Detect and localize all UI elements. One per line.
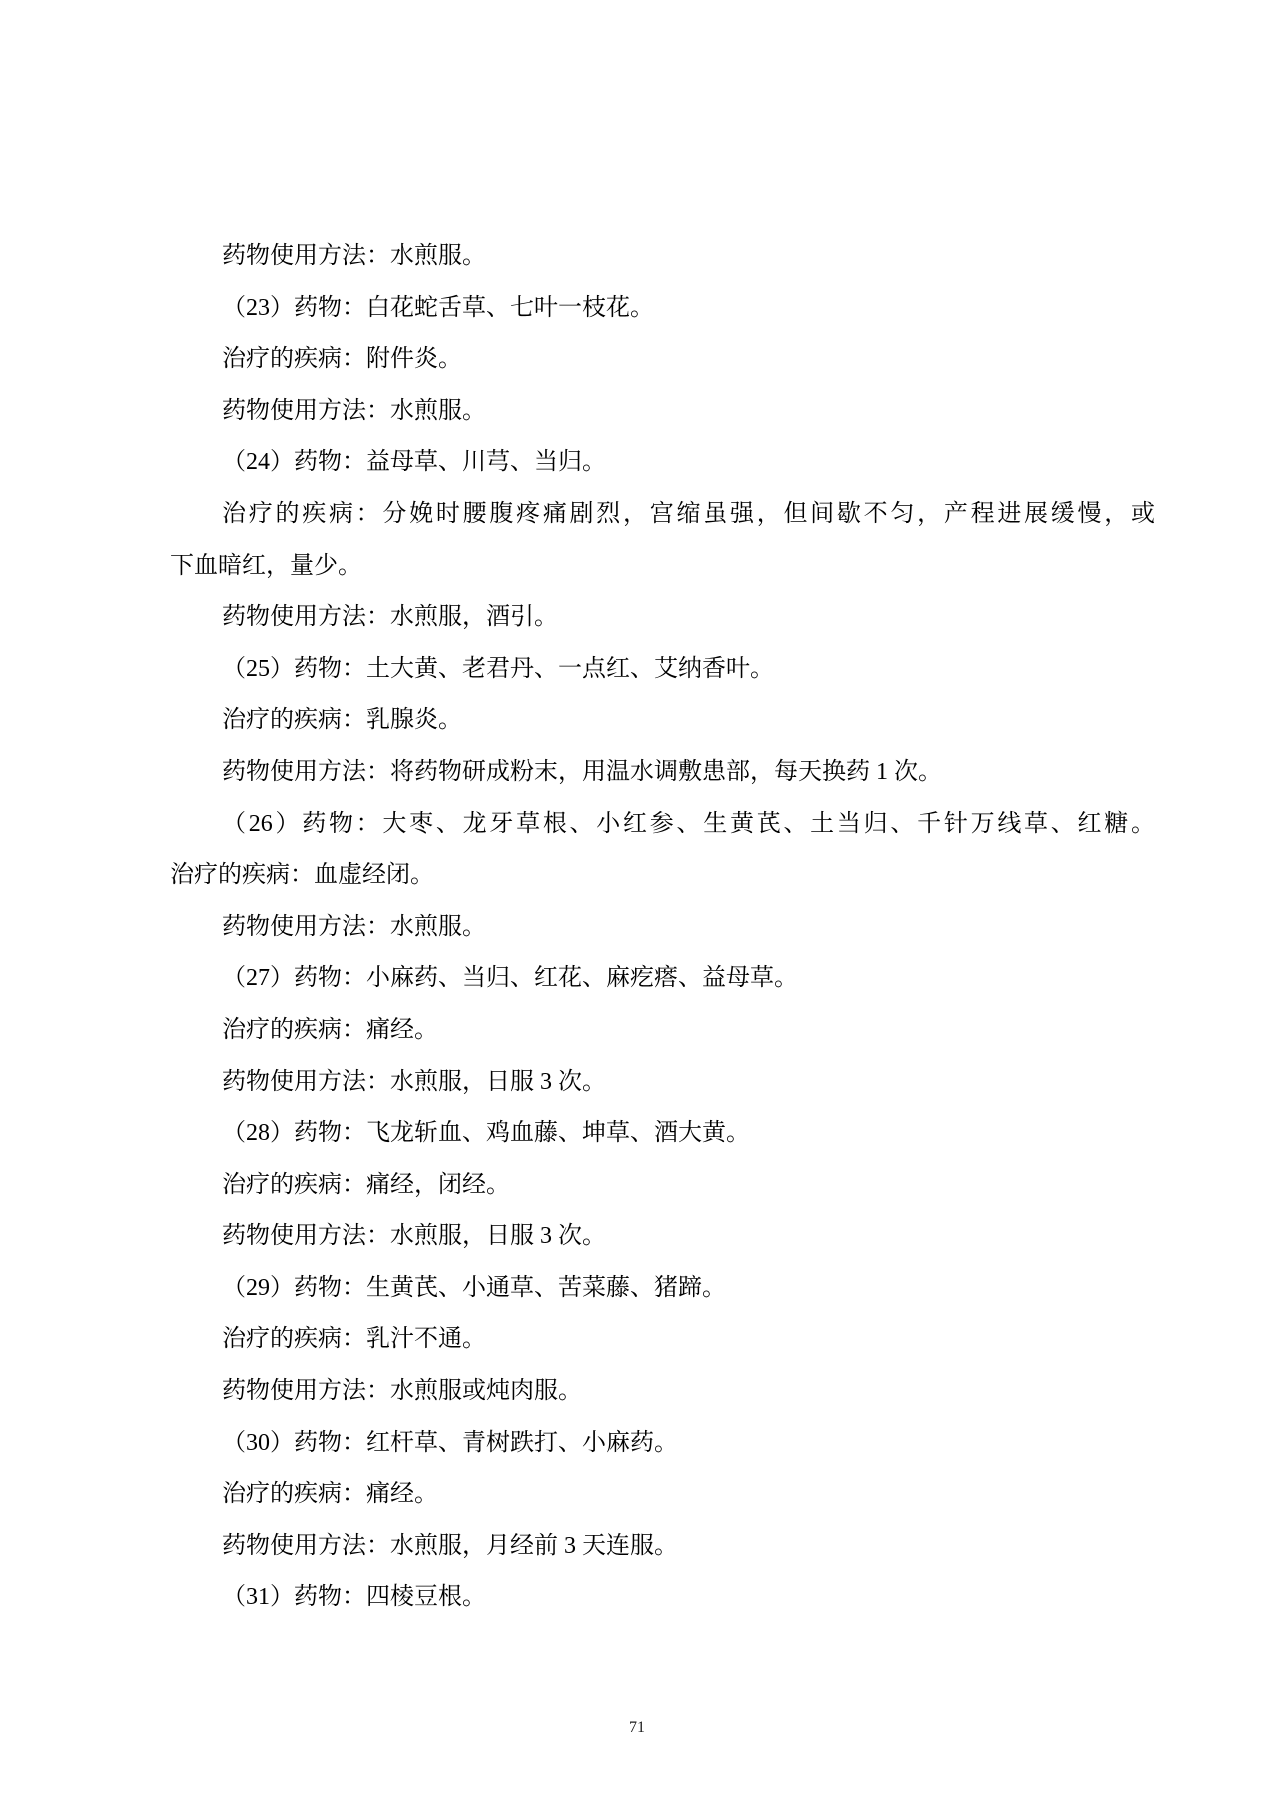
text-line: 药物使用方法：水煎服或炖肉服。 bbox=[170, 1366, 1155, 1418]
text-line: （28）药物：飞龙斩血、鸡血藤、坤草、酒大黄。 bbox=[170, 1108, 1155, 1160]
text-line: 治疗的疾病：血虚经闭。 bbox=[170, 850, 1155, 902]
text-line: （30）药物：红杆草、青树跌打、小麻药。 bbox=[170, 1418, 1155, 1470]
text-line: 治疗的疾病：分娩时腰腹疼痛剧烈，宫缩虽强，但间歇不匀，产程进展缓慢，或 bbox=[170, 489, 1155, 541]
text-line: 下血暗红，量少。 bbox=[170, 541, 1155, 593]
text-line: （29）药物：生黄芪、小通草、苦菜藤、猪蹄。 bbox=[170, 1263, 1155, 1315]
text-line: （25）药物：土大黄、老君丹、一点红、艾纳香叶。 bbox=[170, 644, 1155, 696]
text-line: 药物使用方法：将药物研成粉末，用温水调敷患部，每天换药 1 次。 bbox=[170, 747, 1155, 799]
text-line: （24）药物：益母草、川芎、当归。 bbox=[170, 437, 1155, 489]
text-line: 药物使用方法：水煎服。 bbox=[170, 902, 1155, 954]
text-line: 治疗的疾病：痛经。 bbox=[170, 1005, 1155, 1057]
text-line: （23）药物：白花蛇舌草、七叶一枝花。 bbox=[170, 283, 1155, 335]
text-line: 药物使用方法：水煎服。 bbox=[170, 386, 1155, 438]
page-number: 71 bbox=[0, 1716, 1274, 1740]
text-line: 药物使用方法：水煎服，日服 3 次。 bbox=[170, 1211, 1155, 1263]
text-line: 药物使用方法：水煎服，月经前 3 天连服。 bbox=[170, 1521, 1155, 1573]
text-line: 治疗的疾病：附件炎。 bbox=[170, 334, 1155, 386]
body-text: 药物使用方法：水煎服。（23）药物：白花蛇舌草、七叶一枝花。治疗的疾病：附件炎。… bbox=[170, 231, 1155, 1624]
text-line: 治疗的疾病：乳汁不通。 bbox=[170, 1314, 1155, 1366]
text-line: （31）药物：四棱豆根。 bbox=[170, 1572, 1155, 1624]
document-page: 药物使用方法：水煎服。（23）药物：白花蛇舌草、七叶一枝花。治疗的疾病：附件炎。… bbox=[0, 0, 1274, 1801]
text-line: （27）药物：小麻药、当归、红花、麻疙瘩、益母草。 bbox=[170, 953, 1155, 1005]
text-line: 治疗的疾病：乳腺炎。 bbox=[170, 695, 1155, 747]
text-line: 药物使用方法：水煎服。 bbox=[170, 231, 1155, 283]
text-line: 药物使用方法：水煎服，日服 3 次。 bbox=[170, 1057, 1155, 1109]
text-line: （26）药物：大枣、龙牙草根、小红参、生黄芪、土当归、千针万线草、红糖。 bbox=[170, 799, 1155, 851]
text-line: 治疗的疾病：痛经。 bbox=[170, 1469, 1155, 1521]
text-line: 治疗的疾病：痛经，闭经。 bbox=[170, 1160, 1155, 1212]
text-line: 药物使用方法：水煎服，酒引。 bbox=[170, 592, 1155, 644]
